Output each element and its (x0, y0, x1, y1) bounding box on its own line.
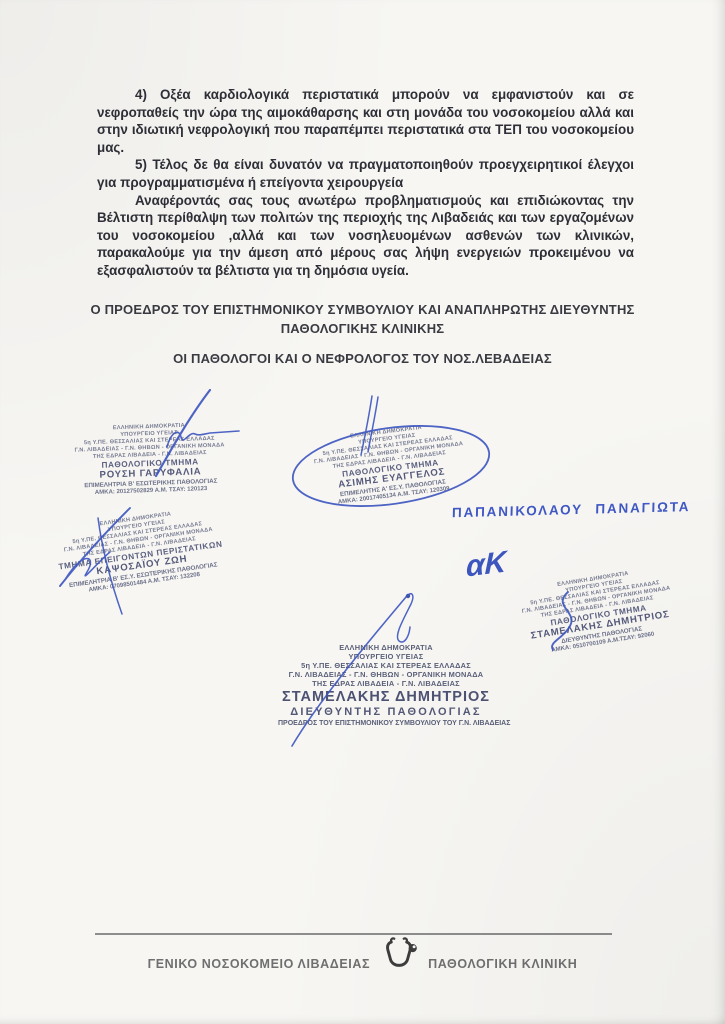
footer-divider (95, 933, 612, 935)
stamp-extra-title: ΠΡΟΕΔΡΟΣ ΤΟΥ ΕΠΙΣΤΗΜΟΝΙΚΟΥ ΣΥΜΒΟΥΛΙΟΥ ΤΟ… (278, 719, 494, 729)
scanned-document-page: 4) Οξέα καρδιολογικά περιστατικά μπορούν… (0, 0, 725, 1024)
handwritten-name: ΠΑΠΑΝΙΚΟΛΑΟΥ ΠΑΝΑΓΙΩΤΑ (452, 499, 702, 521)
stamp-kapsosaiou-zoi: ΕΛΛΗΝΙΚΗ ΔΗΜΟΚΡΑΤΙΑ ΥΠΟΥΡΓΕΙΟ ΥΓΕΙΑΣ 5η … (38, 503, 242, 601)
stamp-stamelakis-large: ΕΛΛΗΝΙΚΗ ΔΗΜΟΚΡΑΤΙΑ ΥΠΟΥΡΓΕΙΟ ΥΓΕΙΑΣ 5η … (278, 644, 494, 729)
signature-stamelakis-large (397, 594, 412, 642)
body-text: 4) Οξέα καρδιολογικά περιστατικά μπορούν… (97, 86, 634, 280)
heading-president: Ο ΠΡΟΕΔΡΟΣ ΤΟΥ ΕΠΙΣΤΗΜΟΝΙΚΟΥ ΣΥΜΒΟΥΛΙΟΥ … (60, 300, 665, 338)
paragraph-item-4: 4) Οξέα καρδιολογικά περιστατικά μπορούν… (97, 86, 634, 156)
footer: ΓΕΝΙΚΟ ΝΟΣΟΚΟΜΕΙΟ ΛΙΒΑΔΕΙΑΣ ΠΑΘΟΛΟΓΙΚΗ Κ… (0, 948, 725, 979)
footer-clinic-label: ΠΑΘΟΛΟΓΙΚΗ ΚΛΙΝΙΚΗ (428, 957, 577, 971)
stamp-rousi-garyfalia: ΕΛΛΗΝΙΚΗ ΔΗΜΟΚΡΑΤΙΑ ΥΠΟΥΡΓΕΙΟ ΥΓΕΙΑΣ 5η … (51, 421, 249, 499)
stamp-line: ΤΗΣ ΕΔΡΑΣ ΛΙΒΑΔΕΙΑ - Γ.Ν. ΛΙΒΑΔΕΙΑΣ (278, 680, 494, 689)
handwritten-initials-signature: αΚ (466, 545, 507, 584)
stamp-stamelakis-small: ΕΛΛΗΝΙΚΗ ΔΗΜΟΚΡΑΤΙΑ ΥΠΟΥΡΓΕΙΟ ΥΓΕΙΑΣ 5η … (494, 561, 703, 663)
heading-pathologists: ΟΙ ΠΑΘΟΛΟΓΟΙ ΚΑΙ Ο ΝΕΦΡΟΛΟΓΟΣ ΤΟΥ ΝΟΣ.ΛΕ… (60, 349, 665, 368)
footer-hospital-label: ΓΕΝΙΚΟ ΝΟΣΟΚΟΜΕΙΟ ΛΙΒΑΔΕΙΑΣ (148, 957, 371, 971)
stamp-role: ΔΙΕΥΘΥΝΤΗΣ ΠΑΘΟΛΟΓΙΑΣ (278, 706, 494, 720)
paragraph-closing: Αναφέροντάς σας τους ανωτέρω προβληματισ… (97, 192, 634, 280)
stamp-asimis-evangelos: ΕΛΛΗΝΙΚΗ ΔΗΜΟΚΡΑΤΙΑ ΥΠΟΥΡΓΕΙΟ ΥΓΕΙΑΣ 5η … (290, 418, 489, 512)
paragraph-item-5: 5) Τέλος δε θα είναι δυνατόν να πραγματο… (97, 156, 634, 191)
stamp-name: ΣΤΑΜΕΛΑΚΗΣ ΔΗΜΗΤΡΙΟΣ (278, 689, 494, 706)
signature-ink-blob (406, 594, 410, 598)
stethoscope-icon (381, 934, 417, 979)
